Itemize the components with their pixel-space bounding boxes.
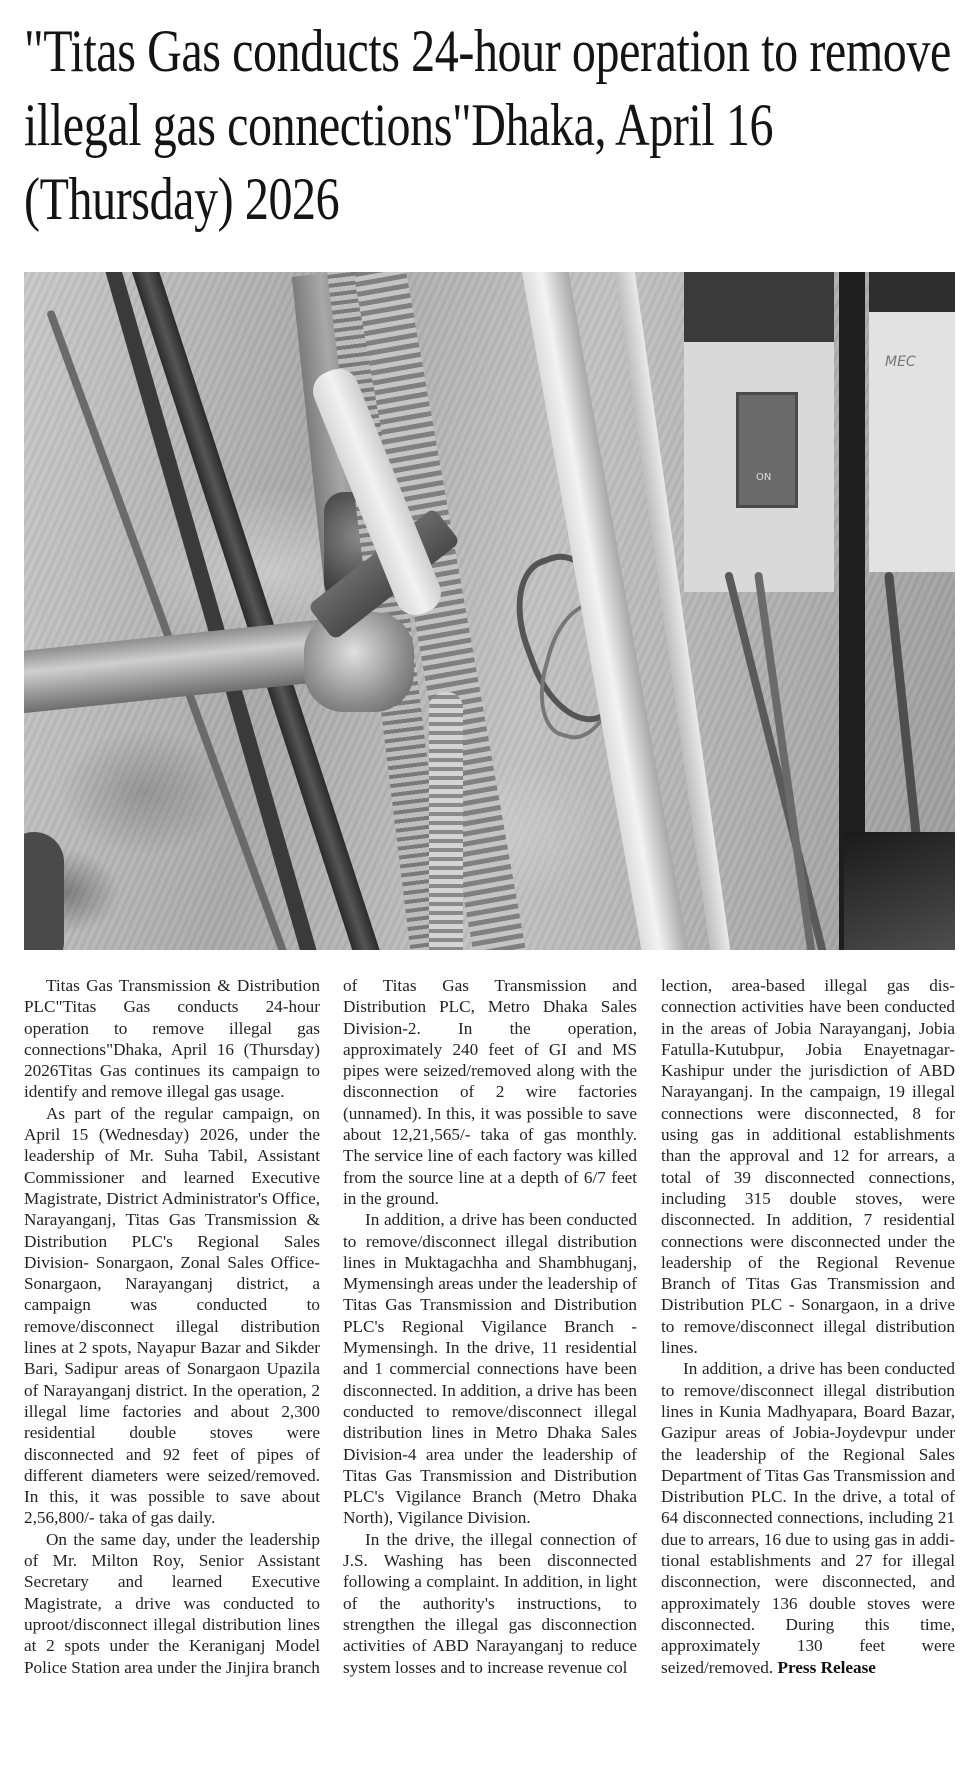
paragraph: As part of the regular campaign, on Apri… [24,1103,320,1529]
article-column-2: of Titas Gas Transmission and Distributi… [343,975,637,1678]
photo-breaker-right: MEC [869,272,955,572]
photo-breaker-left: ON [684,272,834,592]
paragraph: lection, area-based illegal gas dis­conn… [661,975,955,1358]
paragraph: In the drive, the illegal connection of … [343,1529,637,1678]
article-headline: "Titas Gas conducts 24-hour operation to… [24,14,964,236]
article-photo: ON MEC [24,272,955,950]
article-column-1: Titas Gas Transmission & Distribution PL… [24,975,320,1678]
paragraph: of Titas Gas Transmission and Distributi… [343,975,637,1209]
press-release-signature: Press Release [777,1658,875,1677]
photo-dark-corner [844,832,955,950]
photo-breaker-brand: MEC [885,354,916,370]
paragraph: In addition, a drive has been con­ducted… [661,1358,955,1677]
photo-dark-spot [24,832,64,950]
paragraph: In addition, a drive has been con­ducted… [343,1209,637,1528]
paragraph-text: In addition, a drive has been con­ducted… [661,1359,955,1676]
photo-conduit [429,692,463,950]
paragraph: On the same day, under the lead­ership o… [24,1529,320,1678]
photo-pipe-elbow [304,612,414,712]
paragraph: Titas Gas Transmission & Distribution PL… [24,975,320,1103]
photo-breaker-switch [736,392,798,508]
photo-breaker-on-label: ON [756,472,771,483]
article-column-3: lection, area-based illegal gas dis­conn… [661,975,955,1678]
